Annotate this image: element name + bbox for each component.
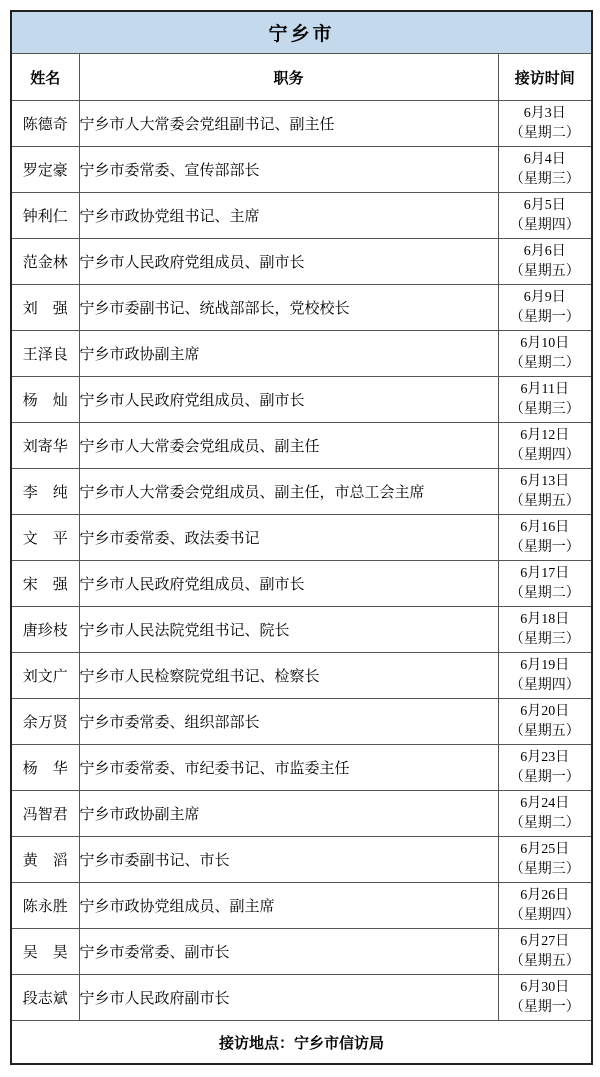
person-name: 文 平 bbox=[11, 515, 79, 561]
person-name: 陈永胜 bbox=[11, 883, 79, 929]
visit-weekday: （星期二） bbox=[499, 354, 592, 373]
visit-date: 6月5日（星期四） bbox=[498, 193, 592, 239]
table-row: 唐珍枝宁乡市人民法院党组书记、院长6月18日（星期三） bbox=[11, 607, 592, 653]
visit-date: 6月24日（星期二） bbox=[498, 791, 592, 837]
person-position: 宁乡市政协党组书记、主席 bbox=[79, 193, 498, 239]
table-row: 刘寄华宁乡市人大常委会党组成员、副主任6月12日（星期四） bbox=[11, 423, 592, 469]
person-name: 刘寄华 bbox=[11, 423, 79, 469]
person-position: 宁乡市人大常委会党组副书记、副主任 bbox=[79, 101, 498, 147]
table-row: 杨 华宁乡市委常委、市纪委书记、市监委主任6月23日（星期一） bbox=[11, 745, 592, 791]
visit-date-line: 6月16日 bbox=[499, 518, 592, 537]
visit-weekday: （星期一） bbox=[499, 538, 592, 557]
visit-date-line: 6月19日 bbox=[499, 656, 592, 675]
person-position: 宁乡市人大常委会党组成员、副主任 bbox=[79, 423, 498, 469]
person-position: 宁乡市政协副主席 bbox=[79, 791, 498, 837]
table-row: 吴 昊宁乡市委常委、副市长6月27日（星期五） bbox=[11, 929, 592, 975]
person-position: 宁乡市人大常委会党组成员、副主任，市总工会主席 bbox=[79, 469, 498, 515]
visit-weekday: （星期三） bbox=[499, 630, 592, 649]
table-row: 罗定豪宁乡市委常委、宣传部部长6月4日（星期三） bbox=[11, 147, 592, 193]
person-position: 宁乡市人民法院党组书记、院长 bbox=[79, 607, 498, 653]
person-position: 宁乡市委副书记、市长 bbox=[79, 837, 498, 883]
person-position: 宁乡市人民政府党组成员、副市长 bbox=[79, 239, 498, 285]
visit-date: 6月30日（星期一） bbox=[498, 975, 592, 1021]
visit-date-line: 6月26日 bbox=[499, 886, 592, 905]
person-position: 宁乡市人民政府党组成员、副市长 bbox=[79, 377, 498, 423]
visit-date: 6月20日（星期五） bbox=[498, 699, 592, 745]
visit-date: 6月23日（星期一） bbox=[498, 745, 592, 791]
visit-weekday: （星期五） bbox=[499, 952, 592, 971]
person-name: 刘文广 bbox=[11, 653, 79, 699]
table-row: 王泽良宁乡市政协副主席6月10日（星期二） bbox=[11, 331, 592, 377]
visit-date: 6月9日（星期一） bbox=[498, 285, 592, 331]
table-title-row: 宁乡市 bbox=[11, 11, 592, 54]
visit-weekday: （星期一） bbox=[499, 998, 592, 1017]
person-name: 冯智君 bbox=[11, 791, 79, 837]
visit-weekday: （星期二） bbox=[499, 814, 592, 833]
person-position: 宁乡市委常委、市纪委书记、市监委主任 bbox=[79, 745, 498, 791]
visit-weekday: （星期四） bbox=[499, 216, 592, 235]
visit-weekday: （星期四） bbox=[499, 906, 592, 925]
visit-weekday: （星期一） bbox=[499, 768, 592, 787]
visit-date: 6月12日（星期四） bbox=[498, 423, 592, 469]
person-name: 钟利仁 bbox=[11, 193, 79, 239]
column-header-time: 接访时间 bbox=[498, 54, 592, 101]
visit-date-line: 6月24日 bbox=[499, 794, 592, 813]
visit-date: 6月19日（星期四） bbox=[498, 653, 592, 699]
visit-date-line: 6月3日 bbox=[499, 104, 592, 123]
visit-date-line: 6月27日 bbox=[499, 932, 592, 951]
person-name: 黄 滔 bbox=[11, 837, 79, 883]
person-name: 段志斌 bbox=[11, 975, 79, 1021]
person-name: 唐珍枝 bbox=[11, 607, 79, 653]
visit-date-line: 6月10日 bbox=[499, 334, 592, 353]
visit-date-line: 6月23日 bbox=[499, 748, 592, 767]
visit-date-line: 6月12日 bbox=[499, 426, 592, 445]
city-title: 宁乡市 bbox=[11, 11, 592, 54]
person-name: 刘 强 bbox=[11, 285, 79, 331]
visit-weekday: （星期五） bbox=[499, 492, 592, 511]
table-row: 宋 强宁乡市人民政府党组成员、副市长6月17日（星期二） bbox=[11, 561, 592, 607]
visit-date-line: 6月6日 bbox=[499, 242, 592, 261]
person-name: 杨 灿 bbox=[11, 377, 79, 423]
person-position: 宁乡市委副书记、统战部部长，党校校长 bbox=[79, 285, 498, 331]
person-name: 罗定豪 bbox=[11, 147, 79, 193]
table-row: 钟利仁宁乡市政协党组书记、主席6月5日（星期四） bbox=[11, 193, 592, 239]
table-body: 陈德奇宁乡市人大常委会党组副书记、副主任6月3日（星期二）罗定豪宁乡市委常委、宣… bbox=[11, 101, 592, 1021]
person-position: 宁乡市委常委、组织部部长 bbox=[79, 699, 498, 745]
table-row: 段志斌宁乡市人民政府副市长6月30日（星期一） bbox=[11, 975, 592, 1021]
visit-weekday: （星期五） bbox=[499, 262, 592, 281]
table-row: 范金林宁乡市人民政府党组成员、副市长6月6日（星期五） bbox=[11, 239, 592, 285]
person-name: 陈德奇 bbox=[11, 101, 79, 147]
person-position: 宁乡市人民检察院党组书记、检察长 bbox=[79, 653, 498, 699]
person-position: 宁乡市人民政府副市长 bbox=[79, 975, 498, 1021]
visit-weekday: （星期三） bbox=[499, 170, 592, 189]
visit-weekday: （星期四） bbox=[499, 676, 592, 695]
person-name: 李 纯 bbox=[11, 469, 79, 515]
visit-weekday: （星期二） bbox=[499, 124, 592, 143]
table-row: 杨 灿宁乡市人民政府党组成员、副市长6月11日（星期三） bbox=[11, 377, 592, 423]
visit-date: 6月11日（星期三） bbox=[498, 377, 592, 423]
person-name: 余万贤 bbox=[11, 699, 79, 745]
visit-date: 6月13日（星期五） bbox=[498, 469, 592, 515]
visit-date: 6月3日（星期二） bbox=[498, 101, 592, 147]
visit-date: 6月17日（星期二） bbox=[498, 561, 592, 607]
visit-date-line: 6月13日 bbox=[499, 472, 592, 491]
person-name: 王泽良 bbox=[11, 331, 79, 377]
visit-date-line: 6月9日 bbox=[499, 288, 592, 307]
visit-weekday: （星期五） bbox=[499, 722, 592, 741]
visit-weekday: （星期四） bbox=[499, 446, 592, 465]
person-name: 吴 昊 bbox=[11, 929, 79, 975]
visit-date: 6月18日（星期三） bbox=[498, 607, 592, 653]
table-row: 冯智君宁乡市政协副主席6月24日（星期二） bbox=[11, 791, 592, 837]
person-name: 杨 华 bbox=[11, 745, 79, 791]
table-row: 文 平宁乡市委常委、政法委书记6月16日（星期一） bbox=[11, 515, 592, 561]
visit-date: 6月4日（星期三） bbox=[498, 147, 592, 193]
table-row: 黄 滔宁乡市委副书记、市长6月25日（星期三） bbox=[11, 837, 592, 883]
reception-schedule-table: 宁乡市 姓名 职务 接访时间 陈德奇宁乡市人大常委会党组副书记、副主任6月3日（… bbox=[10, 10, 593, 1065]
column-header-position: 职务 bbox=[79, 54, 498, 101]
visit-date: 6月6日（星期五） bbox=[498, 239, 592, 285]
visit-date-line: 6月17日 bbox=[499, 564, 592, 583]
person-position: 宁乡市委常委、宣传部部长 bbox=[79, 147, 498, 193]
person-position: 宁乡市政协副主席 bbox=[79, 331, 498, 377]
reception-location: 接访地点：宁乡市信访局 bbox=[11, 1021, 592, 1065]
column-header-row: 姓名 职务 接访时间 bbox=[11, 54, 592, 101]
visit-date-line: 6月11日 bbox=[499, 380, 592, 399]
person-name: 宋 强 bbox=[11, 561, 79, 607]
visit-weekday: （星期三） bbox=[499, 400, 592, 419]
person-name: 范金林 bbox=[11, 239, 79, 285]
table-row: 刘文广宁乡市人民检察院党组书记、检察长6月19日（星期四） bbox=[11, 653, 592, 699]
visit-date-line: 6月5日 bbox=[499, 196, 592, 215]
document-page: 宁乡市 姓名 职务 接访时间 陈德奇宁乡市人大常委会党组副书记、副主任6月3日（… bbox=[0, 0, 600, 1077]
table-row: 李 纯宁乡市人大常委会党组成员、副主任，市总工会主席6月13日（星期五） bbox=[11, 469, 592, 515]
visit-date-line: 6月18日 bbox=[499, 610, 592, 629]
visit-date: 6月16日（星期一） bbox=[498, 515, 592, 561]
column-header-name: 姓名 bbox=[11, 54, 79, 101]
visit-date-line: 6月4日 bbox=[499, 150, 592, 169]
person-position: 宁乡市政协党组成员、副主席 bbox=[79, 883, 498, 929]
visit-date: 6月27日（星期五） bbox=[498, 929, 592, 975]
visit-weekday: （星期三） bbox=[499, 860, 592, 879]
visit-date: 6月26日（星期四） bbox=[498, 883, 592, 929]
person-position: 宁乡市人民政府党组成员、副市长 bbox=[79, 561, 498, 607]
person-position: 宁乡市委常委、政法委书记 bbox=[79, 515, 498, 561]
table-row: 陈永胜宁乡市政协党组成员、副主席6月26日（星期四） bbox=[11, 883, 592, 929]
person-position: 宁乡市委常委、副市长 bbox=[79, 929, 498, 975]
footer-row: 接访地点：宁乡市信访局 bbox=[11, 1021, 592, 1065]
table-row: 刘 强宁乡市委副书记、统战部部长，党校校长6月9日（星期一） bbox=[11, 285, 592, 331]
visit-date-line: 6月20日 bbox=[499, 702, 592, 721]
visit-date: 6月25日（星期三） bbox=[498, 837, 592, 883]
table-row: 陈德奇宁乡市人大常委会党组副书记、副主任6月3日（星期二） bbox=[11, 101, 592, 147]
table-row: 余万贤宁乡市委常委、组织部部长6月20日（星期五） bbox=[11, 699, 592, 745]
visit-date-line: 6月30日 bbox=[499, 978, 592, 997]
visit-date-line: 6月25日 bbox=[499, 840, 592, 859]
visit-weekday: （星期二） bbox=[499, 584, 592, 603]
visit-weekday: （星期一） bbox=[499, 308, 592, 327]
visit-date: 6月10日（星期二） bbox=[498, 331, 592, 377]
